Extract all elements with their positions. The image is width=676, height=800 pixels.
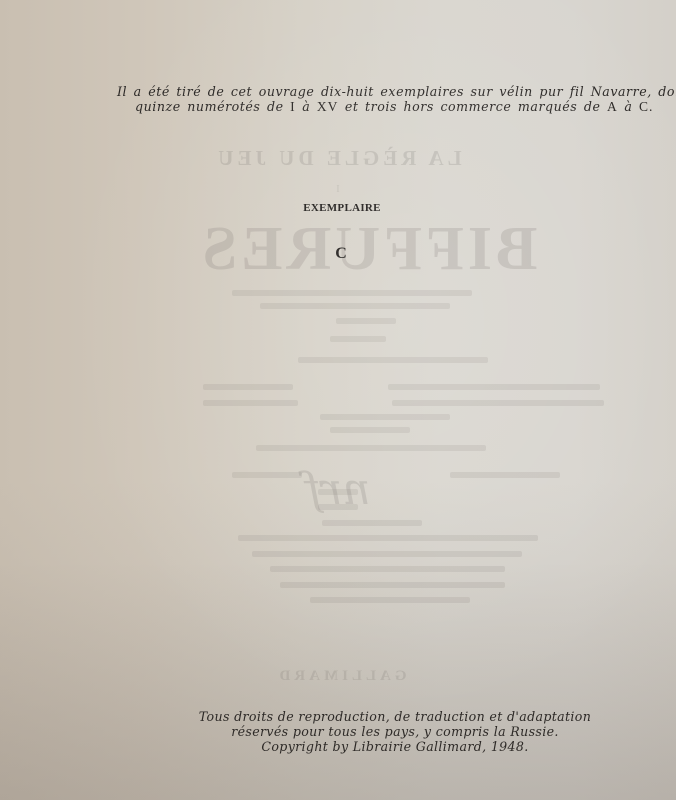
copy-label: EXEMPLAIRE	[0, 202, 676, 214]
show-through-publisher-name: GALLIMARD	[0, 668, 676, 685]
print-run-text: et trois hors commerce marqués de	[345, 99, 601, 114]
print-run-text: à	[302, 99, 310, 114]
show-through-series-title: LA RÈGLE DU JEU	[0, 146, 676, 171]
copyright-line-1: Tous droits de reproduction, de traducti…	[195, 709, 595, 724]
numbering-end: XV	[317, 99, 339, 114]
lettering-end: C.	[639, 99, 653, 114]
copyright-line-3: Copyright by Librairie Gallimard, 1948.	[195, 739, 595, 754]
print-run-line-1: Il a été tiré de cet ouvrage dix-huit ex…	[100, 84, 640, 99]
copy-letter: C	[0, 245, 676, 263]
print-run-statement: Il a été tiré de cet ouvrage dix-huit ex…	[100, 84, 640, 114]
book-page: LA RÈGLE DU JEU I BIFFURES nrf GALLIMARD…	[0, 0, 676, 800]
show-through-publisher-logo: nrf	[305, 464, 371, 515]
print-run-text: quinze numérotés de	[135, 99, 284, 114]
numbering-start: I	[290, 99, 296, 114]
lettering-start: A	[607, 99, 618, 114]
show-through-volume-number: I	[0, 184, 676, 195]
print-run-text: à	[624, 99, 632, 114]
copyright-notice: Tous droits de reproduction, de traducti…	[195, 709, 595, 754]
copyright-line-2: réservés pour tous les pays, y compris l…	[195, 724, 595, 739]
print-run-line-2: quinze numérotés de I à XV et trois hors…	[100, 99, 640, 114]
